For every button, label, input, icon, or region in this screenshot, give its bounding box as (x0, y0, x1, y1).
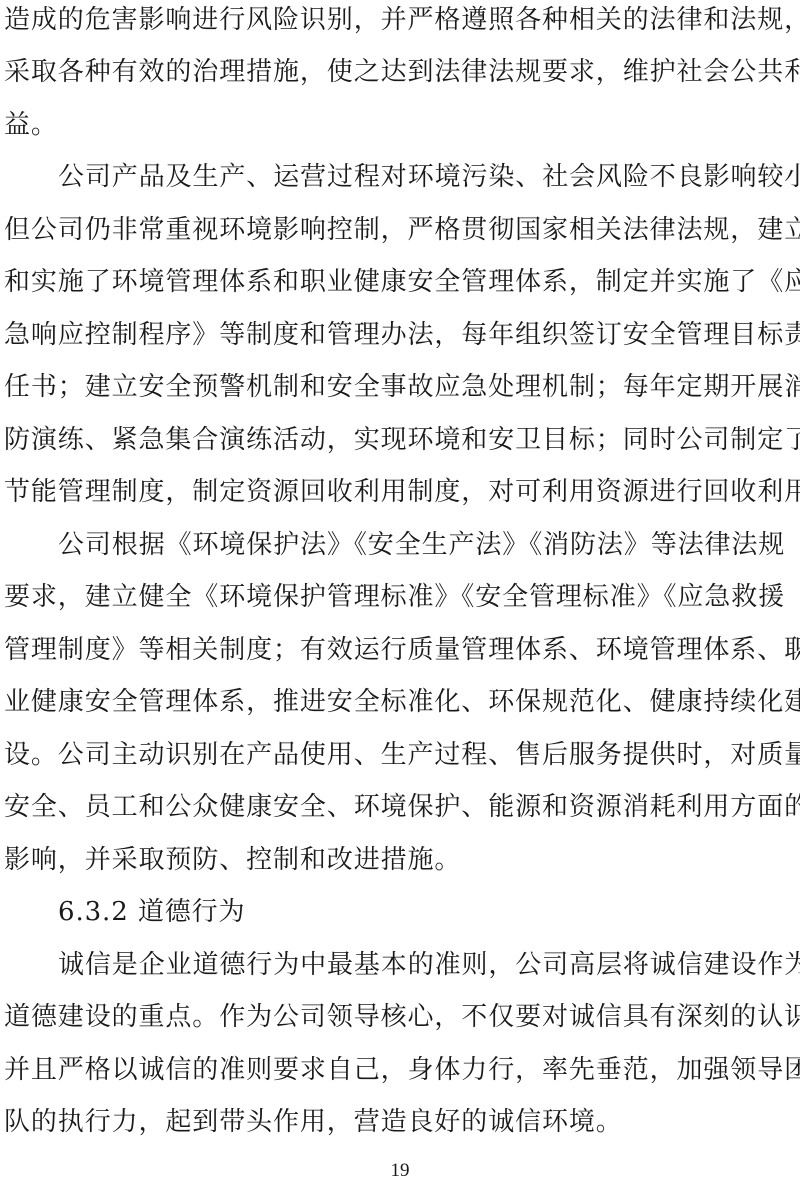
page-number: 19 (0, 1160, 800, 1182)
paragraph-line: 诚信是企业道德行为中最基本的准则，公司高层将诚信建设作为 (58, 945, 784, 985)
paragraph-line: 但公司仍非常重视环境影响控制，严格贯彻国家相关法律法规，建立 (4, 210, 784, 250)
paragraph-line: 公司产品及生产、运营过程对环境污染、社会风险不良影响较小， (58, 157, 784, 197)
section-heading: 6.3.2 道德行为 (58, 892, 245, 932)
paragraph-line: 道德建设的重点。作为公司领导核心，不仅要对诚信具有深刻的认识， (4, 997, 784, 1037)
paragraph-line: 任书；建立安全预警机制和安全事故应急处理机制；每年定期开展消 (4, 367, 784, 407)
paragraph-line: 节能管理制度，制定资源回收利用制度，对可利用资源进行回收利用。 (4, 472, 784, 512)
paragraph-line: 管理制度》等相关制度；有效运行质量管理体系、环境管理体系、职 (4, 630, 784, 670)
paragraph-line: 公司根据《环境保护法》《安全生产法》《消防法》等法律法规 (58, 525, 784, 565)
paragraph-line: 造成的危害影响进行风险识别，并严格遵照各种相关的法律和法规， (4, 0, 784, 40)
paragraph-line: 并且严格以诚信的准则要求自己，身体力行，率先垂范，加强领导团 (4, 1050, 784, 1090)
paragraph-line: 采取各种有效的治理措施，使之达到法律法规要求，维护社会公共利 (4, 52, 784, 92)
paragraph-line: 和实施了环境管理体系和职业健康安全管理体系，制定并实施了《应 (4, 262, 784, 302)
paragraph-line: 防演练、紧急集合演练活动，实现环境和安卫目标；同时公司制定了 (4, 420, 784, 460)
paragraph-line: 要求，建立健全《环境保护管理标准》《安全管理标准》《应急救援 (4, 577, 784, 617)
paragraph-line: 影响，并采取预防、控制和改进措施。 (4, 840, 461, 880)
paragraph-line: 益。 (4, 105, 58, 145)
paragraph-line: 急响应控制程序》等制度和管理办法，每年组织签订安全管理目标责 (4, 315, 784, 355)
paragraph-line: 设。公司主动识别在产品使用、生产过程、售后服务提供时，对质量 (4, 735, 784, 775)
paragraph-line: 队的执行力，起到带头作用，营造良好的诚信环境。 (4, 1102, 623, 1142)
paragraph-line: 业健康安全管理体系，推进安全标准化、环保规范化、健康持续化建 (4, 682, 784, 722)
paragraph-line: 安全、员工和公众健康安全、环境保护、能源和资源消耗利用方面的 (4, 787, 784, 827)
